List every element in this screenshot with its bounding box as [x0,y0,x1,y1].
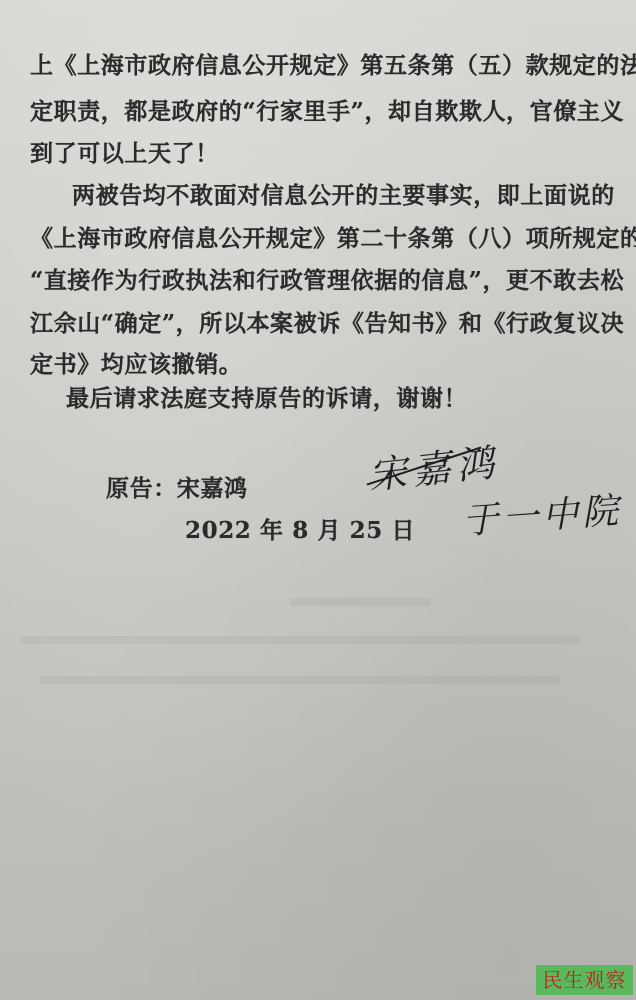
watermark-badge: 民生观察 [536,965,633,995]
body-line-1: 上《上海市政府信息公开规定》第五条第（五）款规定的法 [30,47,636,80]
body-line-6: “直接作为行政执法和行政管理依据的信息”，更不敢去松 [30,262,624,295]
body-line-2: 定职责，都是政府的“行家里手”，却自欺欺人，官僚主义 [30,93,624,126]
bleed-through-mark [290,598,430,606]
bleed-through-mark [20,636,580,644]
document-date: 2022 年 8 月 25 日 [185,512,415,545]
bleed-through-mark [40,676,560,684]
body-line-3: 到了可以上天了！ [30,135,219,168]
body-line-5: 《上海市政府信息公开规定》第二十条第（八）项所规定的 [30,220,636,253]
plaintiff-label: 原告：宋嘉鸿 [106,470,248,503]
handwritten-court-note: 于一中院 [460,482,623,544]
body-line-4: 两被告均不敢面对信息公开的主要事实，即上面说的 [72,177,615,210]
body-line-7: 江佘山“确定”，所以本案被诉《告知书》和《行政复议决 [30,305,624,338]
body-line-8: 定书》均应该撤销。 [30,346,242,379]
closing-request: 最后请求法庭支持原告的诉请，谢谢！ [66,380,467,413]
handwritten-signature: 宋嘉鸿 [365,431,502,499]
